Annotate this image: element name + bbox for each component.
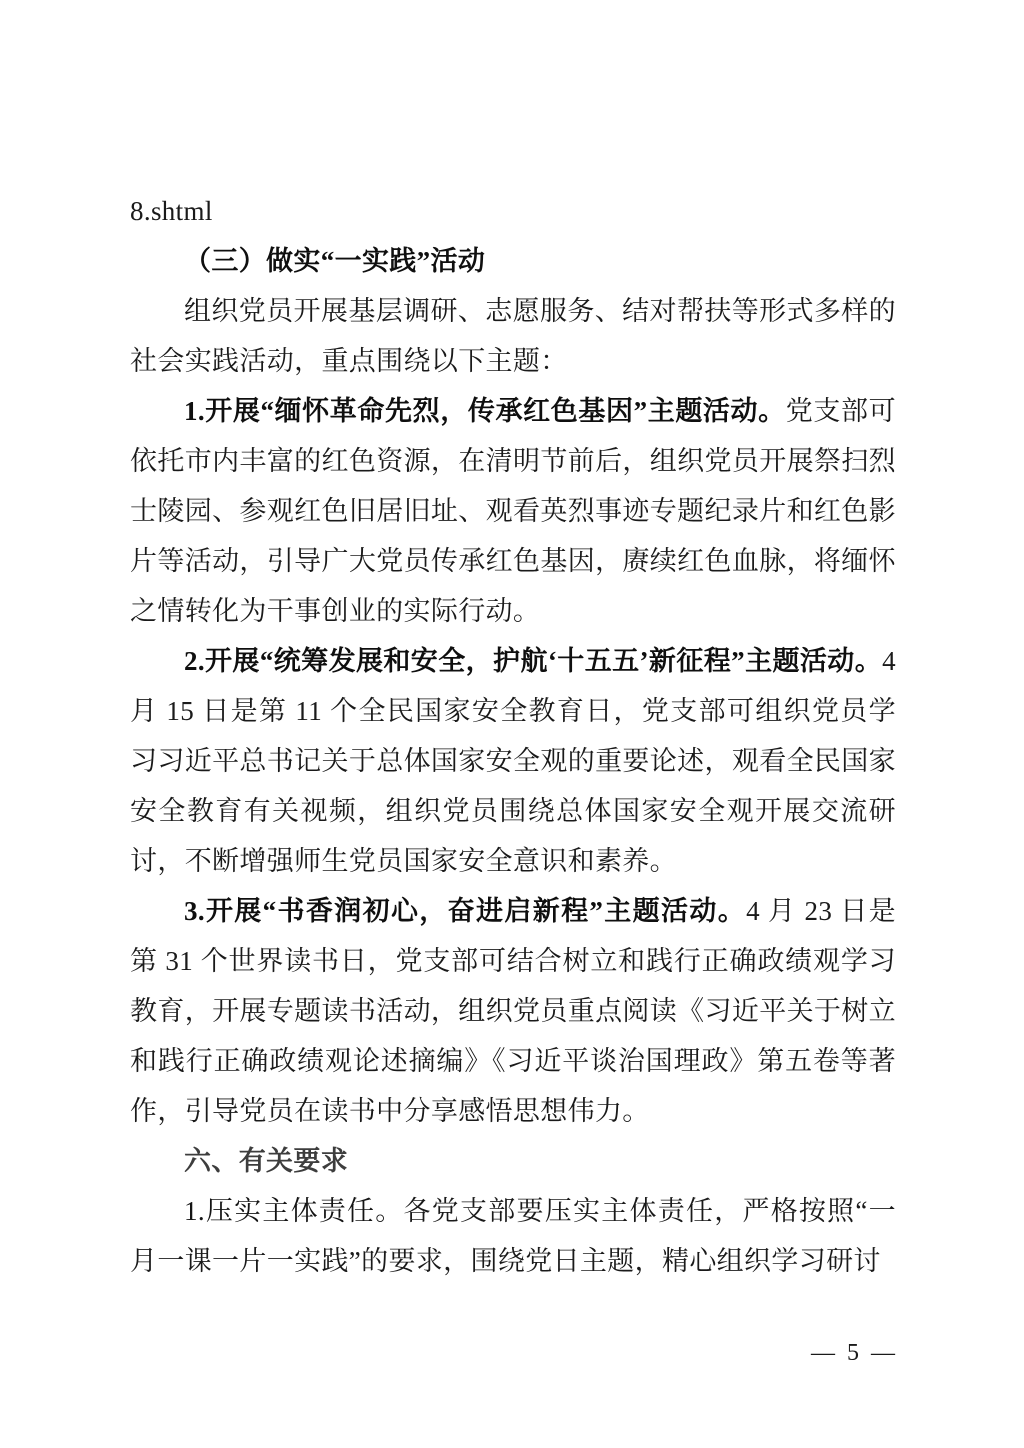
document-page: 8.shtml （三）做实“一实践”活动 组织党员开展基层调研、志愿服务、结对帮… [0, 0, 1024, 1448]
activity-1-body: 党支部可依托市内丰富的红色资源，在清明节前后，组织党员开展祭扫烈士陵园、参观红色… [130, 396, 896, 626]
activity-3-lead: 3.开展“书香润初心，奋进启新程”主题活动。 [184, 896, 746, 926]
requirements-heading: 六、有关要求 [130, 1136, 896, 1186]
activity-item-1: 1.开展“缅怀革命先烈，传承红色基因”主题活动。党支部可依托市内丰富的红色资源，… [130, 386, 896, 636]
activity-2-lead: 2.开展“统筹发展和安全，护航‘十五五’新征程”主题活动。 [184, 646, 882, 676]
activity-3-body: 4 月 23 日是第 31 个世界读书日，党支部可结合树立和践行正确政绩观学习教… [130, 896, 896, 1126]
intro-paragraph: 组织党员开展基层调研、志愿服务、结对帮扶等形式多样的社会实践活动，重点围绕以下主… [130, 286, 896, 386]
activity-2-body: 4 月 15 日是第 11 个全民国家安全教育日，党支部可组织党员学习习近平总书… [130, 646, 896, 876]
requirement-1-lead: 1.压实主体责任。 [184, 1196, 404, 1226]
requirement-item-1: 1.压实主体责任。各党支部要压实主体责任，严格按照“一月一课一片一实践”的要求，… [130, 1186, 896, 1286]
section-heading: （三）做实“一实践”活动 [130, 236, 896, 286]
stray-url-fragment: 8.shtml [130, 186, 896, 236]
document-body: 8.shtml （三）做实“一实践”活动 组织党员开展基层调研、志愿服务、结对帮… [130, 186, 896, 1286]
activity-1-lead: 1.开展“缅怀革命先烈，传承红色基因”主题活动。 [184, 396, 786, 426]
activity-item-3: 3.开展“书香润初心，奋进启新程”主题活动。4 月 23 日是第 31 个世界读… [130, 886, 896, 1136]
page-number: — 5 — [811, 1340, 898, 1367]
activity-item-2: 2.开展“统筹发展和安全，护航‘十五五’新征程”主题活动。4 月 15 日是第 … [130, 636, 896, 886]
